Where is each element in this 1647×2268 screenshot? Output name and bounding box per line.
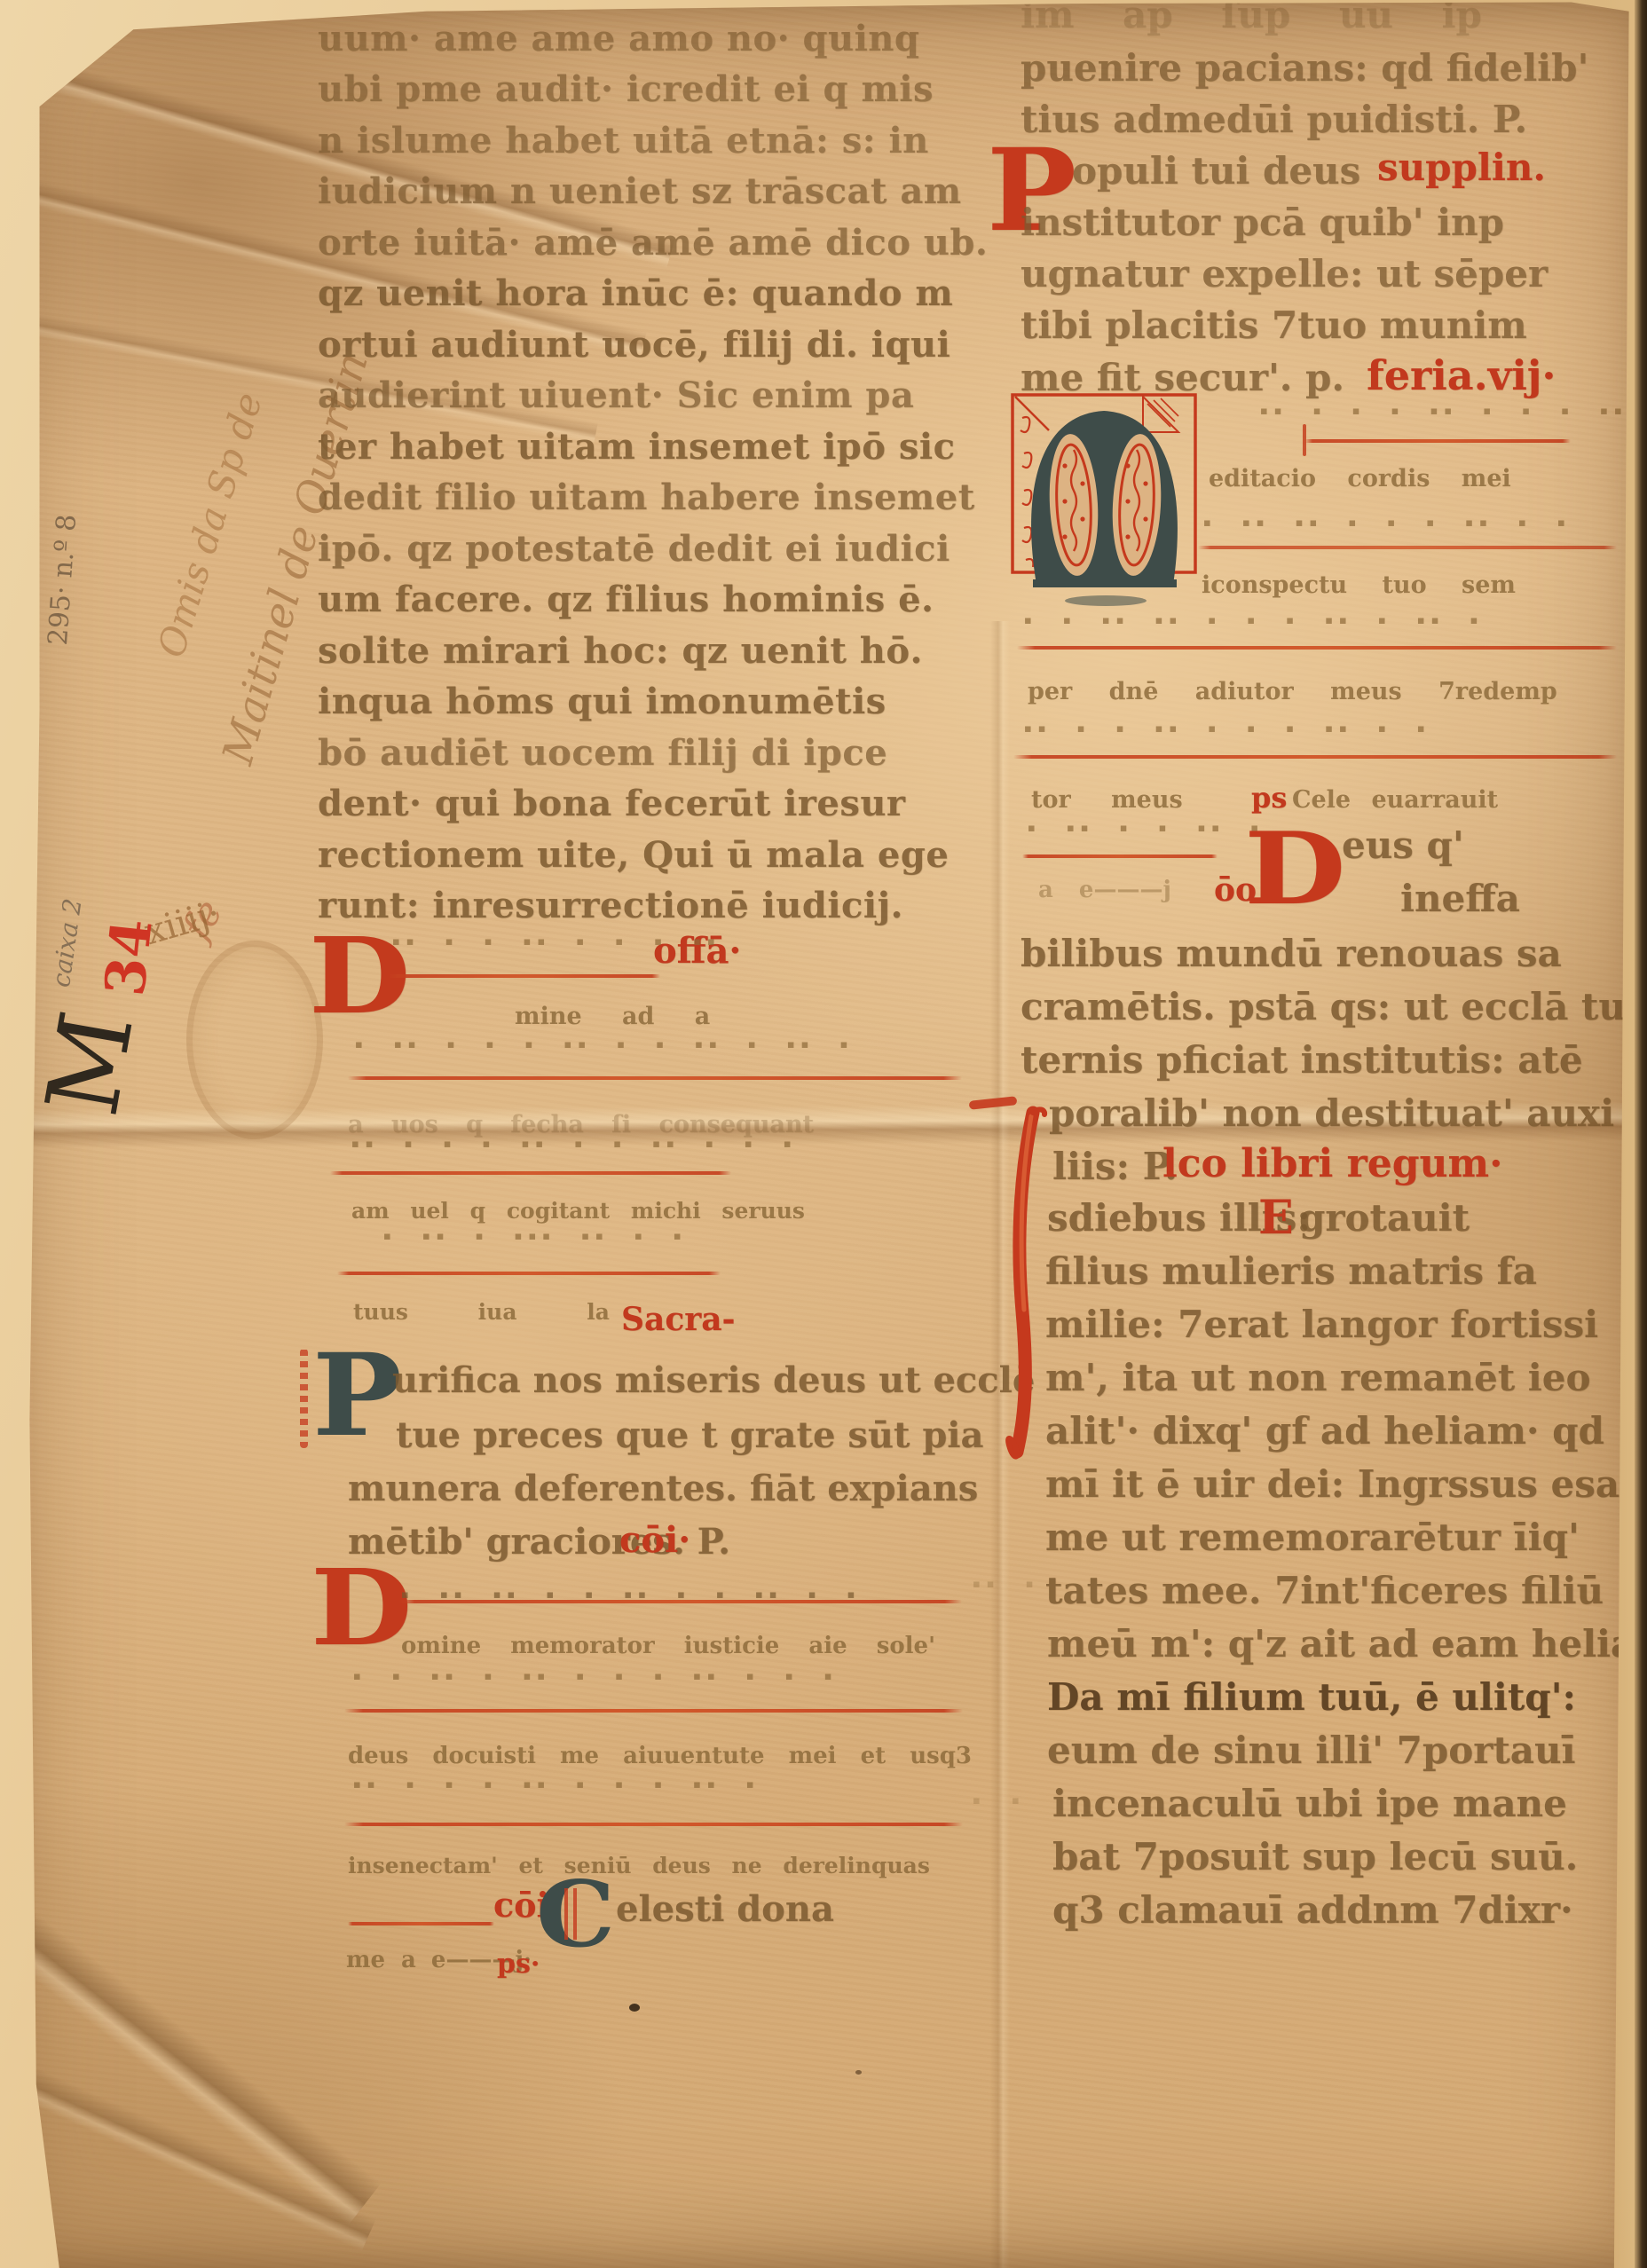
lesson-line: bat 7posuit sup lecū suū. (1052, 1835, 1578, 1878)
gospel-line: qz uenit hora inūc ē: quando m (318, 272, 953, 314)
gospel-line: n islume habet uitā etnā: s: in (318, 120, 929, 161)
secret-line: munera deferentes. fiāt expians (348, 1468, 978, 1509)
lesson-line: filius mulieris matris fa (1045, 1249, 1537, 1293)
neume-run: ▪▪ ▪ (973, 1578, 1040, 1591)
gospel-line: audierint uiuent· Sic enim pa (318, 374, 914, 416)
text-line: institutor pcā quib' inp (1021, 201, 1504, 244)
chant-lyric: deus docuisti me aiuuentute mei et usq3 (348, 1743, 972, 1769)
lesson-line: Da mī filium tuū, ē ulitq': (1047, 1675, 1576, 1719)
lesson-line: mī it ē uir dei: Ingrssus esad (1045, 1462, 1645, 1506)
neume-run: ▪ ▪ ▪▪ ▪▪ ▪ ▪ ▪ ▪▪ ▪ ▪▪ ▪ (1024, 614, 1484, 627)
music-staff-line (344, 1709, 963, 1713)
rubric-feria-vi: feria.vij· (1367, 351, 1556, 399)
lesson-line: tates mee. 7int'ficeres filiū (1045, 1569, 1604, 1612)
text-line: ugnatur expelle: ut sēper (1021, 252, 1548, 295)
faded-text-line: a uos q fecha ſi consequant (348, 1111, 814, 1138)
music-staff-line (337, 1272, 721, 1275)
rubric-ps: ps· (497, 1949, 540, 1980)
gospel-line: uum· ame ame amo no· quinq (318, 18, 919, 59)
text-line: puenire pacians: qd fidelib' (1021, 46, 1588, 90)
celesti-text: elesti dona (616, 1888, 834, 1930)
music-staff-line (1013, 755, 1617, 759)
gospel-line: solite mirari hoc: qz uenit hō. (318, 630, 923, 672)
margin-pencil-box-note: caixa 2 (46, 896, 88, 988)
neume-run: ▪ ▪▪ ▪ ▪ ▪ ▪▪ ▪ ▪ ▪▪ ▪ ▪▪ ▪ (355, 1038, 854, 1051)
chant-lyric: insenectam' et seniū deus ne derelinquas (348, 1853, 930, 1878)
neume-run: ▪▪ ▪ ▪ ▪ ▪▪ ▪ ▪ ▪ ▪▪ ▪▪ ▪ (1260, 405, 1647, 418)
cropped-top-line: im ap ſup uū ip (1021, 0, 1482, 36)
initial-c-celesti: C (536, 1862, 615, 1968)
gospel-line: orte iuitā· amē amē amē dico ub. (318, 222, 988, 264)
bottom-left-curl-shadow-2 (21, 2067, 376, 2251)
rubric-supplin: supplin. (1377, 146, 1546, 189)
gospel-line: um facere. qz filius hominis ē. (318, 579, 934, 620)
lesson-line: q3 clamauī addnm 7dixr· (1052, 1888, 1573, 1932)
rubric-ps-2: ps (1251, 781, 1287, 815)
margin-letter-m: M (25, 1004, 156, 1124)
chant-lyric: mine ad a (515, 1003, 710, 1030)
collect-line: ternis pficiat institutis: atē (1021, 1038, 1583, 1082)
lesson-line: alit'· dixq' gf ad heliam· qd (1045, 1409, 1604, 1453)
lesson-line: meū m': q'z ait ad eam helias. (1047, 1622, 1647, 1666)
text-line: opuli tui deus (1072, 149, 1360, 193)
photo-edge-shadow (1635, 0, 1647, 2268)
neume-run: ▪▪ ▪ ▪ ▪ ▪▪ ▪ ▪ ▪ ▪▪ ▪ (353, 1778, 760, 1792)
rubric-communio: cōi· (619, 1519, 690, 1561)
chant-lyric: per dnē adiutor meus 7redemp (1028, 678, 1557, 705)
text-fragment: eus q' (1342, 823, 1464, 867)
collect-line: bilibus mundū renouas sa (1021, 932, 1562, 975)
neume-run: ▪ ▪ ▪▪ ▪ ▪▪ ▪ ▪ ▪ ▪▪ ▪ ▪ ▪ (353, 1670, 839, 1683)
initial-d-communio: D (311, 1546, 413, 1669)
music-staff-line (344, 1823, 963, 1826)
lesson-line: m', ita ut non remanēt ieo (1045, 1356, 1590, 1399)
neume-run: ▪▪ ▪ ▪ ▪▪ ▪ ▪ ▪ ▪▪ ▪ ▪ (1024, 722, 1431, 736)
gospel-line: iudicium n ueniet sz trāscat am (318, 170, 962, 212)
lesson-line: me ut rememorarētur īiq' (1045, 1516, 1580, 1559)
lesson-line: eum de sinu illi' 7portauī (1047, 1729, 1575, 1772)
secret-line: tue preces que t grate sūt pia (396, 1414, 983, 1456)
collect-line: poralib' non destituat' auxi (1049, 1091, 1614, 1135)
gospel-line: ubi pme audit· icredit ei q mis (318, 68, 934, 110)
initial-m-ornamental (1010, 391, 1200, 611)
gospel-line: dent· qui bona fecerūt iresur (318, 783, 906, 824)
chant-lyric: editacio cordis mei (1209, 465, 1511, 492)
initial-e-egrotavit: E (1258, 1191, 1294, 1245)
secret-line: urifica nos miseris deus ut ecclē (392, 1359, 1035, 1401)
chant-lyric: tuus iua la (353, 1299, 610, 1325)
neume-run: ▪▪ ▪ ▪ ▪▪ ▪ ▪ ▪ ▪▪ (392, 935, 721, 949)
neume-run: ▪▪ ▪ ▪ ▪ ▪▪ ▪ ▪ ▪▪ ▪ ▪ ▪ (351, 1138, 798, 1151)
gospel-line: ipō. qz potestatē dedit ei iudici (318, 528, 950, 570)
gospel-line: inqua hōms qui imonumētis (318, 681, 887, 722)
margin-pencil-number: 295· n.º 8 (43, 513, 83, 646)
rubric-lectio-libri-regum: lco libri regum· (1162, 1141, 1502, 1186)
stain-ring (186, 941, 323, 1139)
neume-run: ▪ ▪ (973, 1794, 1026, 1807)
music-staff-line (389, 974, 660, 978)
neume-run: ▪ ▪▪ ▪ ▪ ▪▪ ▪ (1028, 822, 1265, 835)
initial-i-lectio (1006, 1107, 1047, 1462)
gospel-line: rectionem uite, Qui ū mala ege (318, 834, 949, 876)
chant-lyric: me (346, 1947, 385, 1973)
initial-p-red-ornament (300, 1349, 308, 1448)
gospel-line: dedit filio uitam habere insemet (318, 476, 975, 518)
lesson-line: milie: 7erat langor fortissi (1045, 1303, 1598, 1346)
ink-speck-2 (855, 2070, 862, 2075)
text-fragment: ineffa (1400, 877, 1520, 920)
text-line: tius admedūi puidisti. P. (1021, 98, 1527, 141)
music-staff-line (348, 1922, 494, 1925)
collect-line: cramētis. pstā qs: ut ecclā tua (1021, 985, 1647, 1028)
music-staff-line (1198, 546, 1617, 549)
neume-run: ▪ ▪▪ ▪ ▪▪▪ ▪▪ ▪ ▪ (383, 1230, 688, 1243)
chant-lyric: tor meus (1031, 786, 1183, 814)
text-line: tibi placitis 7tuo munim (1021, 303, 1527, 347)
music-staff-line (398, 1600, 962, 1603)
bottom-left-curl-shadow (0, 1899, 382, 2225)
psalm-incipit: Cele euarrauit (1292, 786, 1498, 814)
parchment-leaf: Omis da Sp de Maitinel de Ouertin fe 295… (0, 0, 1647, 2268)
chant-lyric: omine memorator iusticie aie sole' (401, 1633, 935, 1659)
chant-lyric: iconspectu tuo sem (1202, 571, 1516, 599)
music-staff-line (1022, 854, 1218, 858)
music-staff-line (348, 1076, 962, 1080)
music-staff-line (1304, 439, 1571, 443)
manuscript-photo: Omis da Sp de Maitinel de Ouertin fe 295… (0, 0, 1647, 2268)
lesson-line: incenaculū ubi ipe mane (1052, 1782, 1567, 1825)
rubric-sacra: Sacra- (621, 1301, 735, 1338)
gospel-line: ter habet uitam insemet ipō sic (318, 426, 955, 468)
chant-lyric: am uel q cogitant michi seruus (351, 1198, 805, 1224)
initial-d-collect: D (1244, 811, 1346, 927)
music-staff-line (1017, 646, 1617, 650)
euouae-differentia: a e———j (1038, 877, 1171, 903)
gospel-line: ortui audiunt uocē, filij di. iqui (318, 324, 950, 366)
neume-run: ▪ ▪▪ ▪▪ ▪ ▪ ▪ ▪▪ ▪ ▪ (1203, 516, 1572, 530)
lesson-line: grotauit (1299, 1196, 1470, 1240)
initial-p-secret: P (312, 1329, 402, 1462)
ink-speck-1 (629, 2004, 640, 2012)
text-fragment: liis: P. (1052, 1145, 1178, 1188)
music-staff-line (330, 1171, 731, 1175)
margin-shelfmark-34: 34 (92, 916, 165, 998)
gospel-line: bō audiēt uocem filij di ipce (318, 732, 887, 774)
